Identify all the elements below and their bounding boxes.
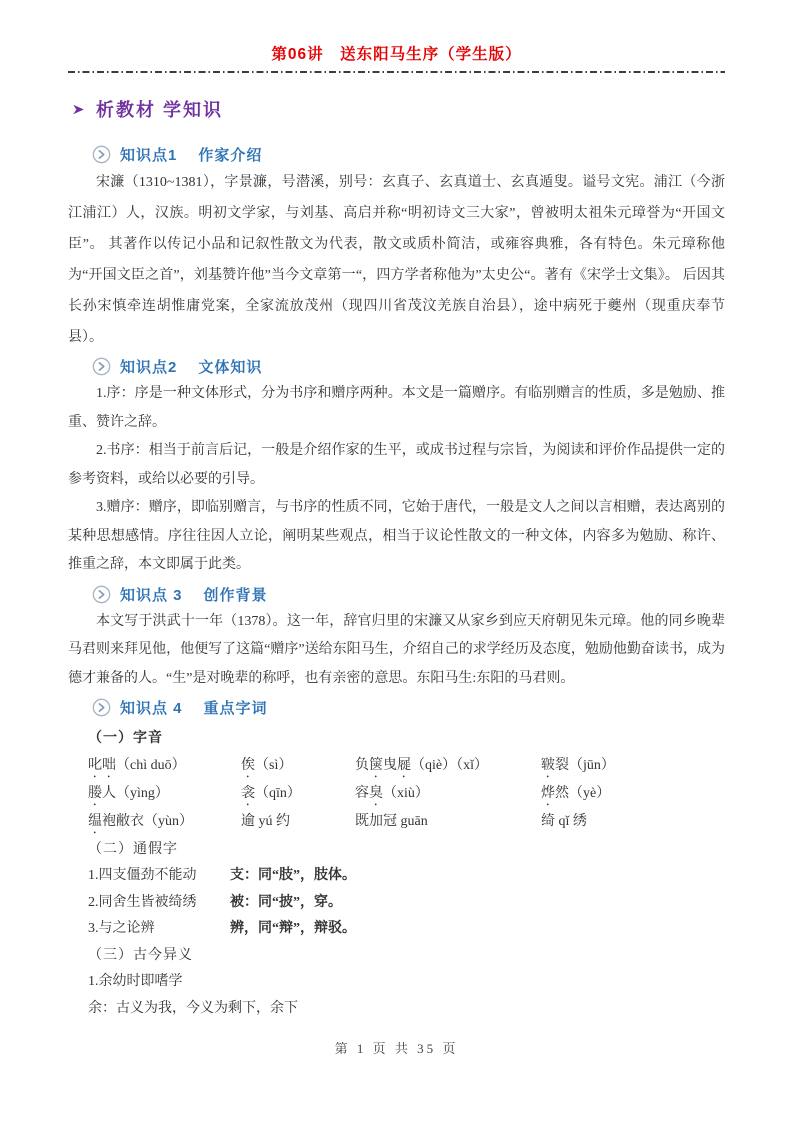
header-dash-dot-rule <box>68 71 725 73</box>
kp2-body: 1.序：序是一种文体形式，分为书序和赠序两种。本文是一篇赠序。有临别赠言的性质，… <box>68 380 725 580</box>
kp4-heading: 知识点 4 重点字词 <box>92 697 725 718</box>
pinyin-cell: 缊袍敝衣（yùn） <box>88 809 241 837</box>
tongjia-row: 1.四支僵劲不能动 支：同“肢”，肢体。 <box>88 863 725 890</box>
kp2-item: 2.书序：相当于前言后记，一般是介绍作家的生平，或成书过程与宗旨，为阅读和评价作… <box>68 437 725 494</box>
kp1-body-paragraph: 宋濂（1310~1381），字景濂，号潜溪，别号：玄真子、玄真道士、玄真遁叟。谥… <box>68 167 725 353</box>
document-page: 第06讲 送东阳马生序（学生版） 析教材 学知识 知识点1 作家介绍 宋濂（13… <box>0 0 793 1122</box>
circle-chevron-icon <box>92 698 111 717</box>
tongjia-explain: 支：同“肢”，肢体。 <box>230 863 356 890</box>
section-header: 析教材 学知识 <box>72 96 725 122</box>
kp1-heading: 知识点1 作家介绍 <box>92 144 725 165</box>
gujin-subheading: （三）古今异义 <box>88 943 725 970</box>
tongjia-phrase: 1.四支僵劲不能动 <box>88 863 230 890</box>
gujin-line: 1.余幼时即嗜学 <box>88 969 725 996</box>
tongjia-explain: 辨，同“辩”，辩驳。 <box>230 916 356 943</box>
tongjia-phrase: 3.与之论辨 <box>88 916 230 943</box>
kp3-heading: 知识点 3 创作背景 <box>92 584 725 605</box>
pinyin-table: 叱咄（chì duō） 俟（sì） 负箧曳屣（qiè）（xǐ） 皲裂（jūn） … <box>88 753 725 837</box>
kp2-item: 1.序：序是一种文体形式，分为书序和赠序两种。本文是一篇赠序。有临别赠言的性质，… <box>68 380 725 437</box>
kp3-label: 知识点 3 <box>120 584 183 605</box>
kp1-title: 作家介绍 <box>198 144 262 165</box>
page-footer: 第 1 页 共 35 页 <box>0 1038 793 1057</box>
tongjia-row: 2.同舍生皆被绮绣 被：同“披”，穿。 <box>88 890 725 917</box>
pinyin-cell: 负箧曳屣（qiè）（xǐ） <box>355 753 541 781</box>
section-header-label: 析教材 学知识 <box>96 96 223 122</box>
pinyin-cell: 皲裂（jūn） <box>541 753 725 781</box>
circle-chevron-icon <box>92 357 111 376</box>
kp2-heading: 知识点2 文体知识 <box>92 356 725 377</box>
tongjia-phrase: 2.同舍生皆被绮绣 <box>88 890 230 917</box>
circle-chevron-icon <box>92 585 111 604</box>
kp2-item: 3.赠序：赠序，即临别赠言，与书序的性质不同，它始于唐代，一般是文人之间以言相赠… <box>68 494 725 580</box>
kp4-title: 重点字词 <box>204 697 268 718</box>
kp2-title: 文体知识 <box>198 356 262 377</box>
kp3-body-paragraph: 本文写于洪武十一年（1378）。这一年，辞官归里的宋濂又从家乡到应天府朝见朱元璋… <box>68 608 725 694</box>
gujin-line: 余：古义为我，今义为剩下，余下 <box>88 996 725 1023</box>
pinyin-cell: 烨然（yè） <box>541 781 725 809</box>
pinyin-cell: 容臭（xiù） <box>355 781 541 809</box>
pinyin-cell: 绮 qǐ 绣 <box>541 809 725 837</box>
pinyin-cell: 衾（qīn） <box>241 781 355 809</box>
pinyin-cell: 媵人（yìng） <box>88 781 241 809</box>
tongjia-row: 3.与之论辨 辨，同“辩”，辩驳。 <box>88 916 725 943</box>
page-title: 第06讲 送东阳马生序（学生版） <box>68 0 725 64</box>
pinyin-cell: 逾 yú 约 <box>241 809 355 837</box>
ziyin-subheading: （一）字音 <box>88 726 725 753</box>
kp1-label: 知识点1 <box>120 144 177 165</box>
pinyin-cell: 叱咄（chì duō） <box>88 753 241 781</box>
kp4-label: 知识点 4 <box>120 697 183 718</box>
kp3-body: 本文写于洪武十一年（1378）。这一年，辞官归里的宋濂又从家乡到应天府朝见朱元璋… <box>68 608 725 694</box>
tongjia-subheading: （二）通假字 <box>88 837 725 864</box>
arrowhead-bullet-icon <box>72 103 85 116</box>
tongjia-explain: 被：同“披”，穿。 <box>230 890 342 917</box>
kp2-label: 知识点2 <box>120 356 177 377</box>
kp4-keywords: （一）字音 叱咄（chì duō） 俟（sì） 负箧曳屣（qiè）（xǐ） 皲裂… <box>88 726 725 1022</box>
kp3-title: 创作背景 <box>204 584 268 605</box>
circle-chevron-icon <box>92 145 111 164</box>
pinyin-cell: 俟（sì） <box>241 753 355 781</box>
page-content: 第06讲 送东阳马生序（学生版） 析教材 学知识 知识点1 作家介绍 宋濂（13… <box>0 0 793 1022</box>
pinyin-cell: 既加冠 guān <box>355 809 541 837</box>
